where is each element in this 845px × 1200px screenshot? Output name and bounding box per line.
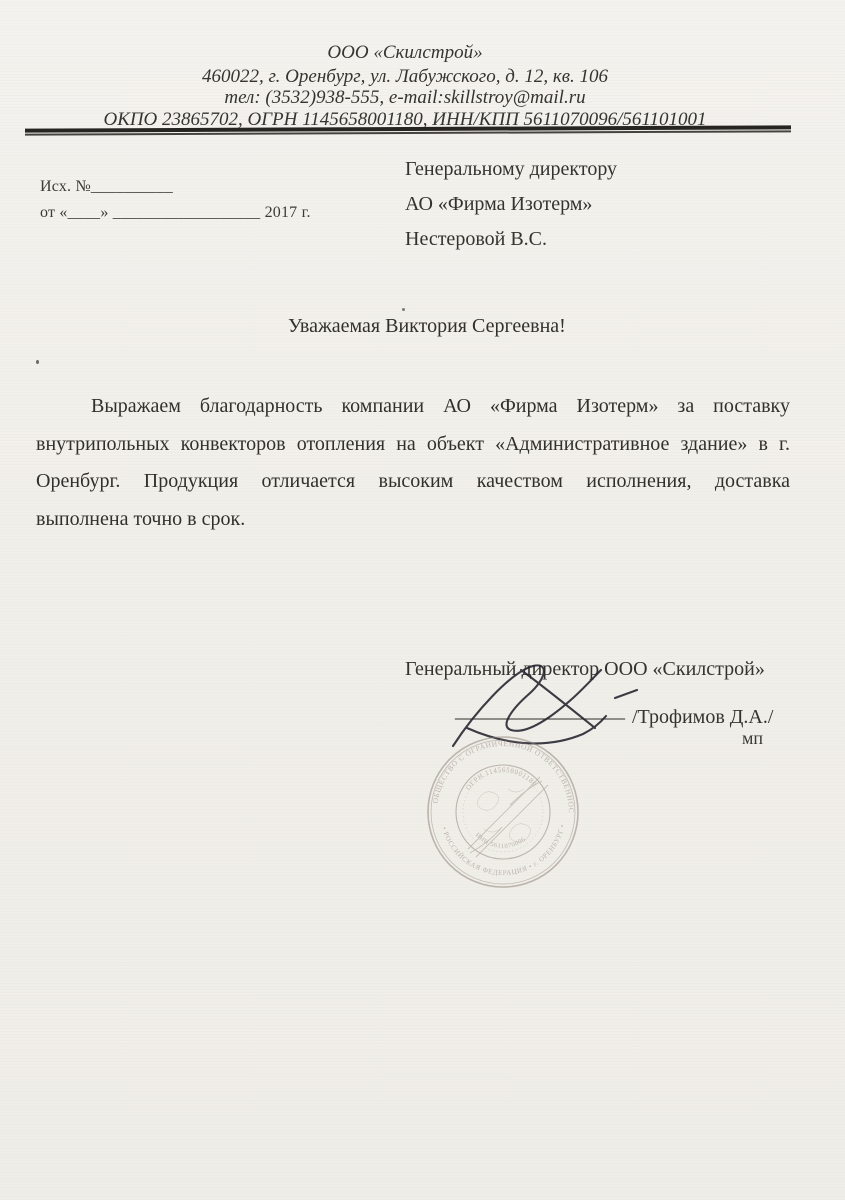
letter-page: ООО «Скилстрой» 460022, г. Оренбург, ул.… bbox=[0, 0, 845, 1200]
scan-speck bbox=[402, 308, 405, 311]
recipient-person: Нестеровой В.С. bbox=[405, 222, 617, 257]
scan-speck bbox=[36, 360, 39, 364]
body-line: Оренбург. Продукция отличается высоким к… bbox=[36, 463, 790, 501]
body-line: Выражаем благодарность компании АО «Фирм… bbox=[36, 388, 790, 426]
outgoing-number-line: Исх. №__________ bbox=[40, 174, 311, 200]
salutation: Уважаемая Виктория Сергеевна! bbox=[288, 315, 566, 338]
seal-place-mark: мп bbox=[742, 728, 763, 749]
body-line: выполнена точно в срок. bbox=[36, 501, 790, 539]
recipient-company: АО «Фирма Изотерм» bbox=[405, 187, 617, 222]
recipient-block: Генеральному директору АО «Фирма Изотерм… bbox=[405, 152, 617, 257]
letterhead-company: ООО «Скилстрой» bbox=[0, 42, 810, 64]
letterhead-contacts: тел: (3532)938-555, e-mail:skillstroy@ma… bbox=[0, 87, 810, 109]
outgoing-date-line: от «____» __________________ 2017 г. bbox=[40, 200, 311, 226]
body-line: внутрипольных конвекторов отопления на о… bbox=[36, 426, 790, 464]
letterhead-address: 460022, г. Оренбург, ул. Лабужского, д. … bbox=[0, 66, 810, 88]
stamp-inner-top-text: ОГРН 1145658001180 bbox=[464, 766, 538, 792]
recipient-position: Генеральному директору bbox=[405, 152, 617, 187]
stamp-inner-bottom-text: ИНН 5611070096 bbox=[474, 832, 528, 850]
outgoing-reference-block: Исх. №__________ от «____» _____________… bbox=[40, 174, 311, 226]
letter-body: Выражаем благодарность компании АО «Фирм… bbox=[36, 388, 790, 538]
round-stamp: ОБЩЕСТВО С ОГРАНИЧЕННОЙ ОТВЕТСТВЕННОСТЬЮ… bbox=[424, 733, 582, 891]
letterhead: ООО «Скилстрой» 460022, г. Оренбург, ул.… bbox=[0, 42, 810, 130]
